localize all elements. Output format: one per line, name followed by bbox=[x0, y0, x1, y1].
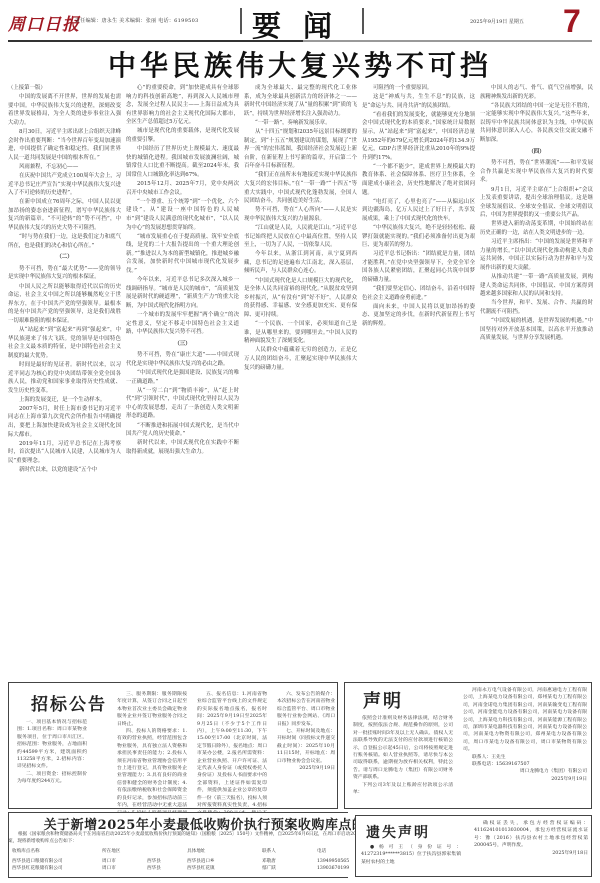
statement-title: 声明 bbox=[363, 687, 403, 713]
article-paragraph: “中国式现代化是强国建设、民族复兴的唯一正确道路。” bbox=[126, 369, 239, 386]
lost-notice-right: 确权证丢失，承包方经营权证编码：411624101013030004，承包方经营… bbox=[474, 820, 588, 857]
article-paragraph: 一个城市的发展牢牢把握“两个确立”的决定性意义，坚定不移走中国特色社会主义道路，… bbox=[126, 311, 239, 337]
section-title: 要闻 bbox=[252, 4, 354, 45]
newspaper-logo: 周口日报 bbox=[8, 10, 80, 35]
article-paragraph: 心”的重要使命，到“加快建成具有全球影响力的科技创新高地”，再到深入人民城市理念… bbox=[126, 84, 239, 127]
article-paragraph: 成为全球最大、最完整的现代化工业体系，成为全球最具创新活力的经济体之一——新时代… bbox=[244, 84, 357, 118]
statement-para: 下列公司3年及以上账龄应付款项公示清单： bbox=[353, 782, 453, 797]
statement-col-1: 依照会计准则及财务法律法规，结合财务制度，按照依法合规、规范操作的原则，公司对一… bbox=[353, 715, 453, 796]
article-paragraph: 当今世界，和平、发展、合作、共赢的时代潮流不可阻挡。 bbox=[480, 299, 593, 316]
section-marker: （二） bbox=[8, 253, 121, 262]
article-paragraph: 中国人的志气、骨气、底气空前增强，民族精神焕发出新的光彩。 bbox=[480, 84, 593, 101]
tender-col-3: 五、报名信息：1.河南省物业综合监管平台线上的文件规定的实际报名地点报名，报名时… bbox=[197, 691, 267, 824]
statement-notice: 声明 依照会计准则及财务法律法规，结合财务制度，按照依法合规、规范操作的原则，公… bbox=[344, 682, 592, 809]
issue-date: 2025年9月19日 星期五 bbox=[470, 18, 524, 25]
table-row: 西华县红花粮储有限公司 周口市 西华县 西华县红花镇 鄢广跃 139036701… bbox=[12, 865, 412, 872]
statement-phone: 联系电话：15639167507 bbox=[463, 761, 587, 768]
article-paragraph: 城市是现代化的重要载体，是现代化发展的重要引擎。 bbox=[126, 127, 239, 144]
article-paragraph: 上海的发展变迁，是一个生动样本。 bbox=[8, 396, 121, 405]
cell: 西华县逍口粮储有限公司 bbox=[12, 858, 102, 865]
article-column-5: 中国人的志气、骨气、底气空前增强，民族精神焕发出新的光彩。“各民族大团结的中国一… bbox=[480, 84, 593, 674]
article-paragraph: 面向未来，中国人民将以更加昂扬的姿态、更加坚定的步伐，在新时代新征程上书写新的辉… bbox=[362, 303, 475, 329]
article-paragraph: “一带一路”，奏响新发展乐章。 bbox=[244, 119, 357, 128]
article-paragraph: 这是“神威与共，生生不息”的民族，这是“命运与共、同舟共济”的民族团结。 bbox=[362, 93, 475, 110]
tender-para: 五、报名信息：1.河南省物业综合监管平台线上的文件规定的实际报名地点报名，报名时… bbox=[197, 691, 267, 824]
article-paragraph: 在庆祝中国共产党成立100周年大会上，习近平总书记庄严宣告“实现中华民族伟大复兴… bbox=[8, 172, 121, 198]
article-paragraph: “我们要坚定信心、团结奋斗，沿着中国特色社会主义道路奋勇前进。” bbox=[362, 285, 475, 302]
lost-notice-text: ●杨可王（身份证号：41272319******3815）位于扶沟县郭家集镇某村… bbox=[361, 844, 461, 866]
article-column-4: 可阻挡的一个重要原因。这是“神威与共，生生不息”的民族，这是“命运与共、同舟共济… bbox=[362, 84, 475, 674]
article-paragraph: “时与势在我们一边，这是我们定力和底气所在，也是我们的决心和信心所在。” bbox=[8, 233, 121, 250]
article-paragraph: 中国的发展离不开世界，世界的发展也需要中国。中华民族伟大复兴的进程，深刻改变着世… bbox=[8, 93, 121, 127]
purchase-table: 收购库点名称 所在地区 具体地址 联系人 电话 西华县逍口粮储有限公司 周口市 … bbox=[12, 848, 412, 872]
article-paragraph: 中国人民之所以能够取得近代以后的历史命运，社会主义中国之所以能够巍然屹立于世界东… bbox=[8, 283, 121, 326]
article-paragraph: 从“十四五”规划和2035年远景目标纲要的制定，到“十五五”规划建议的谋划，展现… bbox=[244, 128, 357, 171]
article-paragraph: 势不可挡，势在“人心所向”——人民是实现中华民族伟大复兴的力量源泉。 bbox=[244, 206, 357, 223]
article-paragraph: 新时代以来，中国式现代化在实践中不断取得新成就，展现出强大生命力。 bbox=[126, 439, 239, 456]
cell: 西华县红花镇 bbox=[187, 865, 262, 872]
header-rule-accent bbox=[8, 40, 303, 42]
article-paragraph: 今年以来，习近平总书记多次深入城乡一线调研指导。“城市是人民的城市”，“高质量发… bbox=[126, 276, 239, 310]
article-paragraph: 从“站起来”到“富起来”再到“强起来”，中华民族迎来了伟大飞跃。党的领导是中国特… bbox=[8, 326, 121, 360]
article-paragraph: “中国发展的机遇，是世界发展的机遇。”中国坚持对外开放基本国策，以高水平开放推动… bbox=[480, 317, 593, 343]
tender-title: 招标公告 bbox=[31, 690, 107, 715]
article-paragraph: “中国式现代化是人口规模巨大的现代化，是全体人民共同富裕的现代化。”从脱贫攻坚到… bbox=[244, 277, 357, 320]
tender-para: 三、服务期限：服务期限按年度计算，从签订合同之日起至本物业首次业主委员会确定物业… bbox=[117, 691, 187, 728]
article-paragraph: 从推动共建“一带一路”高质量发展，到构建人类命运共同体，中国倡议、中国方案得到越… bbox=[480, 273, 593, 299]
lost-notice-text: 确权证丢失，承包方经营权证编码：411624101013030004，承包方经营… bbox=[474, 820, 588, 850]
article-paragraph: 从“一穷二白”到“物质丰裕”，从“赶上时代”到“引领时代”，中国式现代化坚持以人… bbox=[126, 387, 239, 421]
lost-notice: 遗失声明 ●杨可王（身份证号：41272319******3815）位于扶沟县郭… bbox=[355, 815, 592, 877]
page-number: 7 bbox=[563, 3, 581, 40]
article-paragraph: “不断推进和拓展中国式现代化，是当代中国共产党人的历史使命。” bbox=[126, 422, 239, 439]
divider bbox=[240, 8, 242, 34]
article-paragraph: 2019年11月，习近平总书记在上海考察时，首次提出“人民城市人民建，人民城市为… bbox=[8, 440, 121, 466]
cell: 西华县 bbox=[147, 865, 187, 872]
article-paragraph: 势不可挡，势在“世界潮流”——和平发展合作共赢是实现中华民族伟大复兴的时代要求。 bbox=[480, 159, 593, 185]
article-paragraph: 人民群众中蕴藏着无穷的创造力，正是亿万人民的团结奋斗，汇聚起实现中华民族伟大复兴… bbox=[244, 346, 357, 372]
header-cell bbox=[147, 848, 187, 855]
article-paragraph: （上接第一版） bbox=[8, 84, 121, 93]
table-row: 西华县逍口粮储有限公司 周口市 西华县 西华县逍口乡 邓敬唐 139499505… bbox=[12, 858, 412, 865]
article-paragraph: 习近平主席指出：“中国的发展是世界和平力量的增长。”以中国式现代化推动构建人类命… bbox=[480, 238, 593, 272]
tender-para: 一、项目基本情况与招标范围：1.项目名称：周口市某物业服务项目，位于周口市川汇区… bbox=[17, 719, 87, 771]
headline: 中华民族伟大复兴势不可挡 bbox=[0, 44, 600, 84]
cell: 周口市 bbox=[102, 858, 147, 865]
tender-col-4: 六、发布公告的媒介：本次招标公告在河南省物业综合监管平台、周口市物业服务行业协会… bbox=[277, 691, 335, 772]
statement-contact: 联系人：王先生 bbox=[463, 754, 587, 761]
cell: 周口市 bbox=[102, 865, 147, 872]
article-paragraph: “江山就是人民，人民就是江山。”习近平总书记始终把人民放在心中最高位置，坚持人民… bbox=[244, 224, 357, 250]
article-paragraph: 势不可挡，势在“康庄大道”——中国式现代化是实现中华民族伟大复兴的必由之路。 bbox=[126, 351, 239, 368]
cell: 鄢广跃 bbox=[262, 865, 317, 872]
article-paragraph: “中华民族伟大复兴，绝不是轻轻松松、敲锣打鼓就能实现的。”我们必须准备付出更为艰… bbox=[362, 224, 475, 250]
header-cell: 具体地址 bbox=[187, 848, 262, 855]
cell: 邓敬唐 bbox=[262, 858, 317, 865]
lost-notice-left: ●杨可王（身份证号：41272319******3815）位于扶沟县郭家集镇某村… bbox=[361, 844, 461, 866]
tender-para: 六、发布公告的媒介：本次招标公告在河南省物业综合监管平台、周口市物业服务行业协会… bbox=[277, 691, 335, 728]
cell: 西华县 bbox=[147, 858, 187, 865]
cell: 西华县红花粮储有限公司 bbox=[12, 865, 102, 872]
cell: 西华县逍口乡 bbox=[187, 858, 262, 865]
header-cell: 收购库点名称 bbox=[12, 848, 102, 855]
article-paragraph: 风雨兼程，不忘初心—— bbox=[8, 163, 121, 172]
article-paragraph: 9月1日，习近平主席在“上合组织+”会议上发表重要讲话，提出全球治理倡议。这是继… bbox=[480, 186, 593, 220]
header-cell: 所在地区 bbox=[102, 848, 147, 855]
tender-para: 二、项目资金：招标控制价为每年度约244万元。 bbox=[17, 771, 87, 786]
article-paragraph: 2015年12月、2025年7月，党中央两次召开中央城市工作会议。 bbox=[126, 180, 239, 197]
article-column-3: 成为全球最大、最完整的现代化工业体系，成为全球最具创新活力的经济体之一——新时代… bbox=[244, 84, 357, 674]
article-paragraph: “电灯亮了，心里也亮了”——从偏远山区到边疆海岛，亿万人民过上了好日子，共享发展… bbox=[362, 198, 475, 224]
lost-notice-title: 遗失声明 bbox=[366, 822, 430, 842]
section-marker: （四） bbox=[480, 148, 593, 157]
statement-company: 周口龙腾电力（集团）有限公司 bbox=[463, 768, 587, 775]
article-paragraph: 在新中国成立76周年之际，中国人民以更加昂扬的姿态奋进新征程，谱写中华民族伟大复… bbox=[8, 198, 121, 232]
tender-col-1: 一、项目基本情况与招标范围：1.项目名称：周口市某物业服务项目，位于周口市川汇区… bbox=[17, 719, 87, 786]
article-paragraph: “各民族大团结的中国一定是无往不胜的，一定能够实现中华民族伟大复兴。”这些年来，… bbox=[480, 102, 593, 145]
main-article: （上接第一版）中国的发展离不开世界，世界的发展也需要中国。中华民族伟大复兴的进程… bbox=[8, 84, 592, 674]
section-marker: （三） bbox=[126, 340, 239, 349]
article-paragraph: “一个尊重、五个统筹”到“一个优化、六个建设”，从“建设一座中国特色的人民城市”… bbox=[126, 198, 239, 232]
article-paragraph: 新时代以来，以党的建设“五个中 bbox=[8, 466, 121, 475]
tender-notice: 招标公告 一、项目基本情况与招标范围：1.项目名称：周口市某物业服务项目，位于周… bbox=[8, 682, 338, 809]
article-paragraph: 可阻挡的一个重要原因。 bbox=[362, 84, 475, 93]
table-header: 收购库点名称 所在地区 具体地址 联系人 电话 bbox=[12, 848, 412, 855]
tender-date: 2025年9月19日 bbox=[277, 765, 335, 772]
article-paragraph: 习近平总书记指出：“团结就是力量，团结才能胜利。”在党中央坚强领导下，全党全军全… bbox=[362, 250, 475, 284]
lost-notice-date: 2025年9月18日 bbox=[474, 850, 588, 857]
divider bbox=[362, 8, 364, 34]
article-column-2: 心”的重要使命，到“加快建成具有全球影响力的科技创新高地”，再到深入人民城市理念… bbox=[126, 84, 239, 674]
article-paragraph: 势不可挡，势在“最大优势”——党的领导是实现中华民族伟大复兴的根本保证。 bbox=[8, 265, 121, 282]
statement-date: 2025年9月19日 bbox=[463, 776, 587, 783]
article-column-1: （上接第一版）中国的发展离不开世界，世界的发展也需要中国。中华民族伟大复兴的进程… bbox=[8, 84, 121, 674]
statement-para: 依照会计准则及财务法律法规，结合财务制度，按照依法合规、规范操作的原则，公司对一… bbox=[353, 715, 453, 782]
article-paragraph: 今年以来，从浙江到河南，从宁夏到西藏，总书记的足迹遍布大江南北，深入基层，倾听民… bbox=[244, 250, 357, 276]
editor-credits: 责任编辑：唐永生 美术编辑：张丽 电话：6199503 bbox=[75, 17, 199, 24]
article-paragraph: 8月30日，习近平主席出席上合组织天津峰会时作出重要判断：“当今世界百年变局加速… bbox=[8, 128, 121, 162]
statement-col-2: 河南永万电气设备有限公司，河南惠通电力工程有限公司，上海某电力设备有限公司，郑州… bbox=[463, 687, 587, 783]
header-cell: 联系人 bbox=[262, 848, 317, 855]
article-paragraph: 世界进入新的动荡变革期，中国始终站在历史正确的一边，站在人类文明进步的一边。 bbox=[480, 220, 593, 237]
article-paragraph: “我们正在前所未有地接近实现中华民族伟大复兴的宏伟目标。”在“一带一路”“十四五… bbox=[244, 171, 357, 205]
article-paragraph: 2007年5月，时任上海市委书记的习近平同志在上海市第九次党代会所作报告中明确提… bbox=[8, 405, 121, 439]
tender-para: 七、开标时间及地点：开标时间（同投标文件递交截止时间）：2025年10月11日1… bbox=[277, 728, 335, 765]
article-paragraph: “一个都不能少”，建成世界上规模最大的教育体系、社会保障体系、医疗卫生体系，全面… bbox=[362, 163, 475, 197]
statement-companies: 河南永万电气设备有限公司，河南惠通电力工程有限公司，上海某电力设备有限公司，郑州… bbox=[463, 687, 587, 754]
article-paragraph: “看看我们的发展变化，就能够更充分地领会中国式现代化的本质要求。”国家统计局数据… bbox=[362, 111, 475, 163]
article-paragraph: 时间是最好的见证者。新时代以来，以习近平同志为核心的党中央团结带领全党全国各族人… bbox=[8, 361, 121, 395]
article-paragraph: “一个民族、一个国家，必须知道自己是谁，是从哪里来的，要到哪里去。”中国人民的精… bbox=[244, 320, 357, 346]
article-paragraph: “城市发展重心在于提高质量、筑牢安全底线，是党的二十大报告提出的一个重大理论创新… bbox=[126, 233, 239, 276]
article-paragraph: 中国经历了世界历史上规模最大、速度最快的城镇化进程。我国城市发展波澜壮阔，城镇常… bbox=[126, 145, 239, 179]
masthead: 周口日报 责任编辑：唐永生 美术编辑：张丽 电话：6199503 要闻 2025… bbox=[0, 0, 600, 44]
